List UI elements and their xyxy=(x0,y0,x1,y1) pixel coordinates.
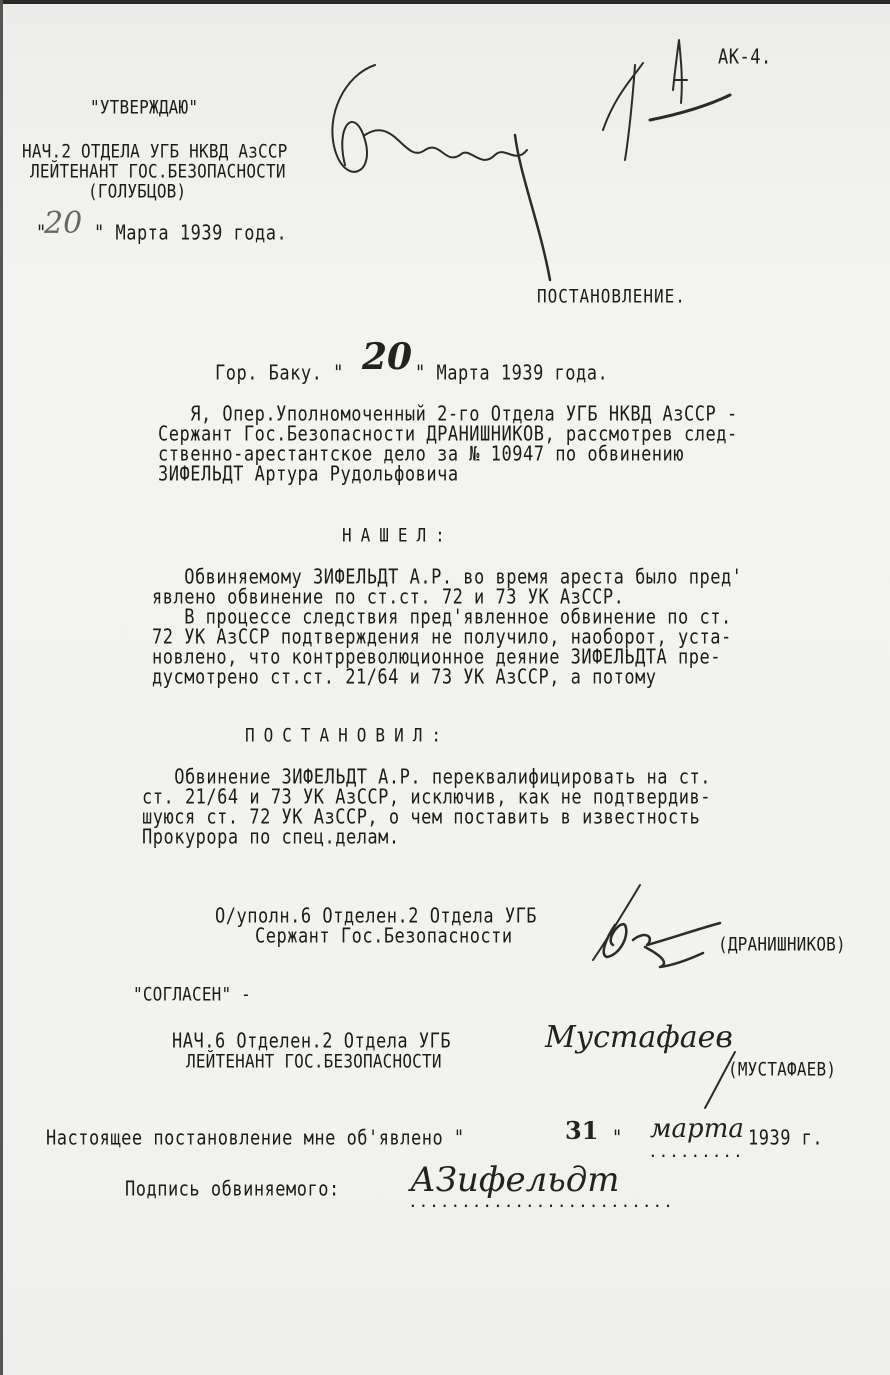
document-page: АК-4. "УТВЕРЖДАЮ" НАЧ.2 ОТДЕЛА УГБ НКВД … xyxy=(0,0,890,1375)
agreed-name: (МУСТАФАЕВ) xyxy=(728,1058,836,1080)
place-date-prefix: Гор. Баку. " xyxy=(215,362,344,386)
approval-heading: "УТВЕРЖДАЮ" xyxy=(90,96,198,118)
decided-heading: ПОСТАНОВИЛ: xyxy=(245,724,450,746)
found-line: дусмотрено ст.ст. 21/64 и 73 УК АзССР, а… xyxy=(152,666,657,690)
announcement-text: Настоящее постановление мне об'явлено " xyxy=(46,1127,465,1151)
place-date-suffix: " Марта 1939 года. xyxy=(415,362,608,386)
approver-signature xyxy=(305,55,565,285)
agreed-rank: ЛЕЙТЕНАНТ ГОС.БЕЗОПАСНОСТИ xyxy=(186,1050,442,1072)
scan-edge xyxy=(0,0,890,4)
signatory-rank: Сержант Гос.Безопасности xyxy=(255,925,513,949)
announcement-year: 1939 г. xyxy=(748,1127,823,1151)
signatory-name: (ДРАНИШНИКОВ) xyxy=(718,933,846,955)
decided-line: Прокурора по спец.делам. xyxy=(142,826,400,850)
announcement-month-handwritten: марта xyxy=(650,1114,744,1144)
approval-day-handwritten: 20 xyxy=(44,206,82,241)
agreed-heading: "СОГЛАСЕН" - xyxy=(133,983,251,1005)
accused-signature-label: Подпись обвиняемого: xyxy=(125,1178,340,1202)
announcement-quote: " xyxy=(612,1127,623,1151)
approval-date: " Марта 1939 года. xyxy=(94,222,287,246)
signatory-signature xyxy=(585,885,725,975)
scan-edge xyxy=(0,0,3,1375)
intro-line: ЗИФЕЛЬДТ Артура Рудольфовича xyxy=(158,463,459,487)
handwritten-mark xyxy=(595,35,735,165)
document-title: ПОСТАНОВЛЕНИЕ. xyxy=(537,285,686,307)
approval-name: (ГОЛУБЦОВ) xyxy=(88,180,186,202)
announcement-day-handwritten: 31 xyxy=(565,1116,598,1145)
signature-dotted-line: ......................... xyxy=(408,1192,674,1211)
place-date-day-handwritten: 20 xyxy=(362,336,412,378)
month-dotted-line: ......... xyxy=(648,1142,744,1161)
found-heading: НАШЕЛ: xyxy=(342,524,454,546)
